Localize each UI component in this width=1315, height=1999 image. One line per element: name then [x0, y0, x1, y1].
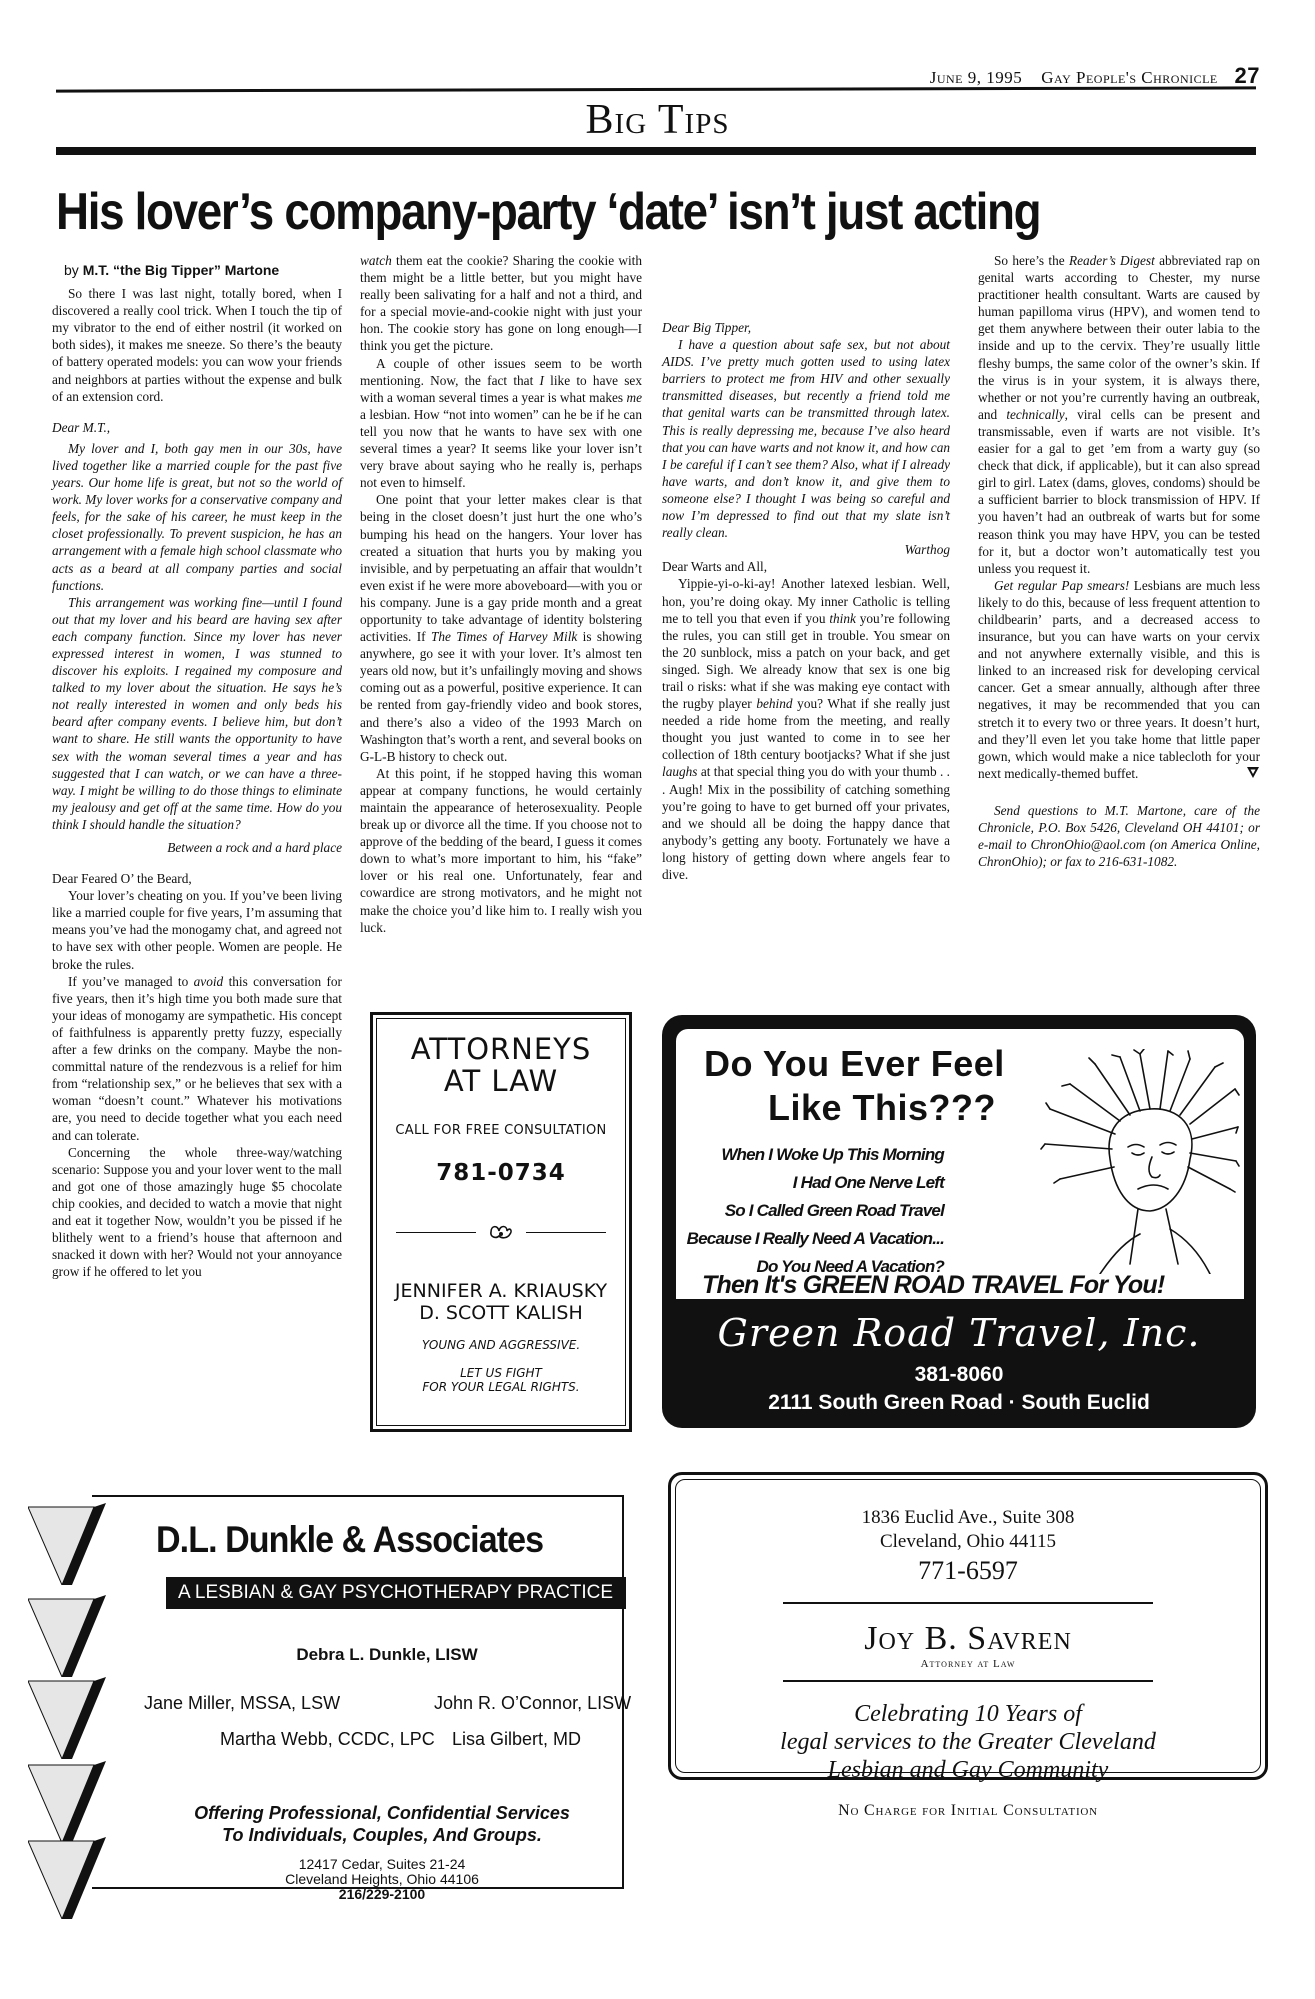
- ad-tagline: Then It's GREEN ROAD TRAVEL For You!: [702, 1271, 1164, 1300]
- ad-tagline: LET US FIGHT FOR YOUR LEGAL RIGHTS.: [373, 1366, 629, 1394]
- reply1-paragraph: One point that your letter makes clear i…: [360, 491, 642, 765]
- reply1-paragraph: Your lover’s cheating on you. If you’ve …: [52, 887, 342, 972]
- page-number: 27: [1235, 63, 1260, 88]
- ad-headline: Do You Ever Feel: [704, 1043, 1005, 1085]
- article-headline: His lover’s company-party ‘date’ isn’t j…: [56, 182, 1130, 242]
- ad-phone: 771-6597: [676, 1556, 1260, 1586]
- ad-attorney-name: Joy B. Savren: [676, 1620, 1260, 1658]
- divider: [783, 1602, 1153, 1604]
- ad-title: ATTORNEYS: [373, 1033, 629, 1065]
- ad-address: 2111 South Green Road · South Euclid: [662, 1391, 1256, 1415]
- reply1-salutation: Dear Feared O’ the Beard,: [52, 870, 342, 887]
- ad-copy: When I Woke Up This Morning I Had One Ne…: [687, 1141, 944, 1281]
- letter1-paragraph: This arrangement was working fine—until …: [52, 594, 342, 833]
- ad-address: 12417 Cedar, Suites 21-24 Cleveland Heig…: [152, 1857, 612, 1902]
- publication-name: Gay People's Chronicle: [1041, 68, 1218, 87]
- ad-offer: Offering Professional, Confidential Serv…: [152, 1802, 612, 1846]
- ad-address: 1836 Euclid Ave., Suite 308 Cleveland, O…: [676, 1506, 1260, 1554]
- staff-member: Jane Miller, MSSA, LSW: [144, 1693, 340, 1714]
- article-column-3: Dear Big Tipper, I have a question about…: [662, 305, 950, 883]
- letter1-paragraph: My lover and I, both gay men in our 30s,…: [52, 440, 342, 594]
- ad-brand-name: Green Road Travel, Inc.: [662, 1311, 1256, 1355]
- ad-call-to-action: CALL FOR FREE CONSULTATION: [373, 1123, 629, 1138]
- ad-subtitle-bar: A LESBIAN & GAY PSYCHOTHERAPY PRACTICE: [166, 1577, 626, 1609]
- letter2-signature: Warthog: [662, 541, 950, 558]
- reply2-paragraph: Get regular Pap smears! Lesbians are muc…: [978, 577, 1260, 782]
- ad-lead-therapist: Debra L. Dunkle, LISW: [92, 1645, 622, 1665]
- ad-slogan: YOUNG AND AGGRESSIVE.: [373, 1338, 629, 1352]
- floral-ornament-icon: [488, 1222, 514, 1242]
- attorney-name: D. SCOTT KALISH: [373, 1302, 629, 1324]
- triangle-icon: [28, 1501, 114, 1585]
- section-rule: [56, 147, 1256, 155]
- issue-date: June 9, 1995: [930, 68, 1023, 87]
- triangle-icon: [28, 1675, 114, 1759]
- article-column-2: watch them eat the cookie? Sharing the c…: [360, 252, 642, 936]
- reply1-paragraph-cookie: Concerning the whole three-way/watching …: [52, 1144, 342, 1281]
- staff-member: John R. O’Connor, LISW: [434, 1693, 631, 1714]
- staff-member: Martha Webb, CCDC, LPC: [220, 1729, 435, 1750]
- byline: by M.T. “the Big Tipper” Martone: [52, 262, 342, 279]
- article-intro: So there I was last night, totally bored…: [52, 285, 342, 405]
- page-folio: June 9, 1995 Gay People's Chronicle 27: [560, 63, 1260, 89]
- staff-member: Lisa Gilbert, MD: [452, 1729, 581, 1750]
- savren-attorney-ad: 1836 Euclid Ave., Suite 308 Cleveland, O…: [668, 1472, 1268, 1780]
- ad-phone: 216/229-2100: [339, 1886, 425, 1902]
- frazzled-face-illustration-icon: [1040, 1049, 1240, 1274]
- reply1-paragraph: If you’ve managed to avoid this conversa…: [52, 973, 342, 1144]
- reply1-paragraph-cont: watch them eat the cookie? Sharing the c…: [360, 252, 642, 355]
- contact-note: Send questions to M.T. Martone, care of …: [978, 802, 1260, 870]
- triangle-icon: [28, 1835, 114, 1919]
- top-rule: [56, 86, 1256, 92]
- divider: [783, 1680, 1153, 1682]
- ad-phone: 781-0734: [373, 1160, 629, 1186]
- byline-author: M.T. “the Big Tipper” Martone: [83, 262, 280, 278]
- section-title: Big Tips: [0, 96, 1315, 144]
- ornament-divider: [396, 1222, 606, 1242]
- ad-offer: No Charge for Initial Consultation: [676, 1802, 1260, 1820]
- reply1-paragraph: A couple of other issues seem to be wort…: [360, 355, 642, 492]
- triangle-icon: [28, 1759, 114, 1843]
- ad-business-name: D.L. Dunkle & Associates: [156, 1519, 543, 1561]
- reply2-paragraph: Yippie-yi-o-ki-ay! Another latexed lesbi…: [662, 575, 950, 883]
- attorneys-ad: ATTORNEYS AT LAW CALL FOR FREE CONSULTAT…: [370, 1012, 632, 1432]
- ad-title: AT LAW: [373, 1065, 629, 1097]
- article-column-1: by M.T. “the Big Tipper” Martone So ther…: [52, 262, 342, 1280]
- reply2-paragraph: So here’s the Reader’s Digest abbreviate…: [978, 252, 1260, 577]
- ad-celebration-text: Celebrating 10 Years of legal services t…: [676, 1700, 1260, 1784]
- letter1-salutation: Dear M.T.,: [52, 419, 342, 436]
- article-column-4: So here’s the Reader’s Digest abbreviate…: [978, 252, 1260, 870]
- end-of-story-mark-icon: [1246, 765, 1260, 779]
- attorney-name: JENNIFER A. KRIAUSKY: [373, 1280, 629, 1302]
- reply1-paragraph: At this point, if he stopped having this…: [360, 765, 642, 936]
- letter2-salutation: Dear Big Tipper,: [662, 319, 950, 336]
- ad-attorney-title: Attorney at Law: [676, 1658, 1260, 1670]
- letter1-signature: Between a rock and a hard place: [52, 839, 342, 856]
- reply2-salutation: Dear Warts and All,: [662, 558, 950, 575]
- letter2-body: I have a question about safe sex, but no…: [662, 336, 950, 541]
- ad-headline: Like This???: [768, 1087, 996, 1129]
- ad-phone: 381-8060: [662, 1363, 1256, 1387]
- dunkle-associates-ad: D.L. Dunkle & Associates A LESBIAN & GAY…: [92, 1495, 624, 1889]
- green-road-travel-ad: Do You Ever Feel Like This??? When I Wok…: [662, 1015, 1256, 1428]
